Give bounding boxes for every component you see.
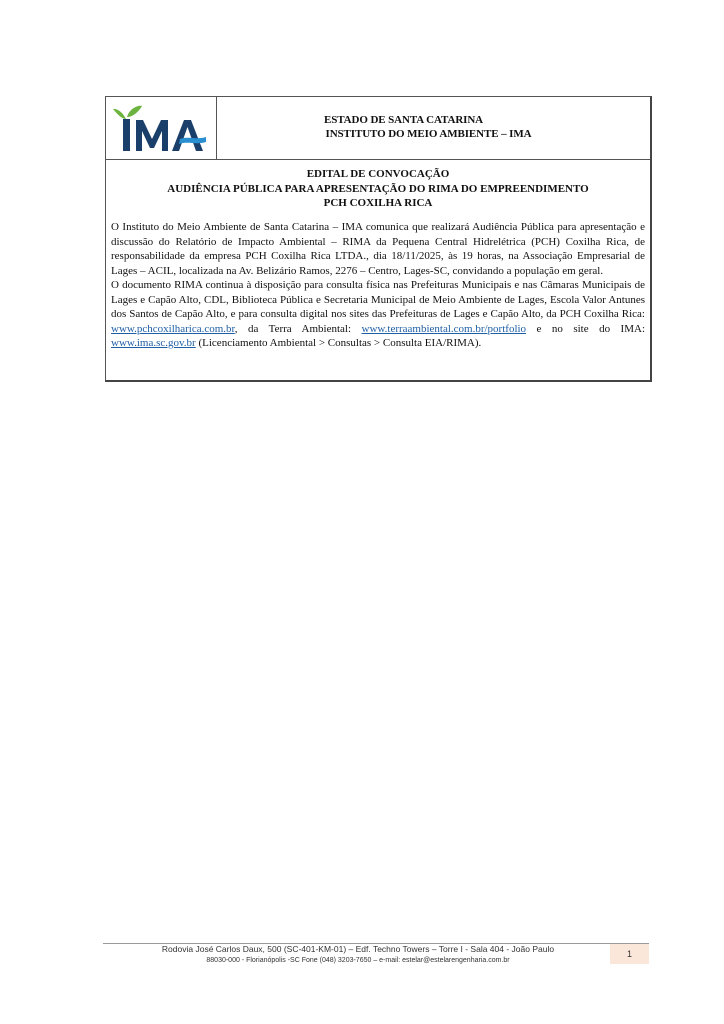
link-pch-coxilha-rica[interactable]: www.pchcoxilharica.com.br <box>111 323 235 335</box>
link-terra-ambiental[interactable]: www.terraambiental.com.br/portfolio <box>362 323 527 335</box>
title-line-1: EDITAL DE CONVOCAÇÃO <box>106 167 650 182</box>
paragraph-2-text-a: O documento RIMA continua à disposição p… <box>111 279 645 320</box>
title-line-3: PCH COXILHA RICA <box>106 196 650 211</box>
edital-body: O Instituto do Meio Ambiente de Santa Ca… <box>111 220 645 351</box>
edital-table: ESTADO DE SANTA CATARINA INSTITUTO DO ME… <box>105 96 652 382</box>
footer-line-1: Rodovia José Carlos Daux, 500 (SC-401-KM… <box>103 944 613 955</box>
header-row: ESTADO DE SANTA CATARINA INSTITUTO DO ME… <box>106 97 650 160</box>
link-ima[interactable]: www.ima.sc.gov.br <box>111 337 196 349</box>
paragraph-2-text-b: , da Terra Ambiental: <box>235 323 362 335</box>
ima-logo-icon <box>112 103 210 153</box>
header-title: ESTADO DE SANTA CATARINA INSTITUTO DO ME… <box>217 113 650 141</box>
page-number: 1 <box>610 944 649 964</box>
footer-address: Rodovia José Carlos Daux, 500 (SC-401-KM… <box>103 944 613 966</box>
ima-logo <box>106 97 217 159</box>
title-line-2: AUDIÊNCIA PÚBLICA PARA APRESENTAÇÃO DO R… <box>106 182 650 197</box>
header-institute: INSTITUTO DO MEIO AMBIENTE – IMA <box>207 127 650 141</box>
paragraph-1: O Instituto do Meio Ambiente de Santa Ca… <box>111 220 645 278</box>
paragraph-2-text-d: (Licenciamento Ambiental > Consultas > C… <box>196 337 482 349</box>
header-state: ESTADO DE SANTA CATARINA <box>157 113 650 127</box>
footer-line-2: 88030-000 - Florianópolis -SC Fone (048)… <box>103 955 613 966</box>
edital-title: EDITAL DE CONVOCAÇÃO AUDIÊNCIA PÚBLICA P… <box>106 167 650 211</box>
paragraph-2: O documento RIMA continua à disposição p… <box>111 278 645 351</box>
paragraph-2-text-c: e no site do IMA: <box>526 323 645 335</box>
